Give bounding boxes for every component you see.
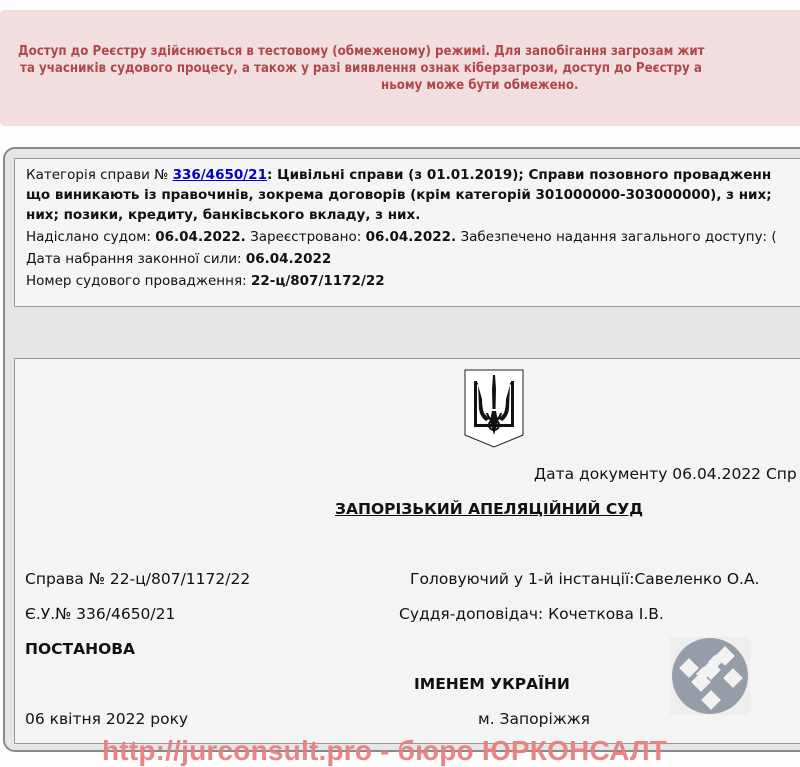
document-date-line: Дата документу 06.04.2022 Спр [534,465,797,483]
test-mode-alert: Доступ до Реєстру здійснюється в тестово… [0,10,800,126]
legal-force-row: Дата набрання законної сили: 06.04.2022 [26,249,331,269]
registered-date: 06.04.2022. [366,229,457,245]
sent-label: Надіслано судом: [26,229,151,245]
reporting-judge: Суддя-доповідач: Кочеткова І.В. [399,605,664,623]
alert-line-3: ньому може бути обмежено. [381,78,578,94]
sent-date: 06.04.2022. [155,229,246,245]
puzzle-badge-icon[interactable] [670,637,750,715]
legal-force-label: Дата набрання законної сили: [26,251,242,267]
decision-city: м. Запоріжжя [478,710,590,728]
watermark-link[interactable]: http://jurconsult.pro - бюро ЮРКОНСАЛТ [102,735,667,767]
proceeding-row: Номер судового провадження: 22-ц/807/117… [26,271,385,291]
alert-line-2: та учасників судового процесу, а також у… [20,61,702,77]
category-text: : Цивільні справи (з 01.01.2019); Справи… [267,167,771,183]
case-info-panel: Категорія справи № 336/4650/21: Цивільні… [14,158,800,307]
category-text-2: що виникають із правочинів, зокрема дого… [26,187,772,203]
case-number: Справа № 22-ц/807/1172/22 [25,570,250,588]
alert-line-1: Доступ до Реєстру здійснюється в тестово… [18,44,705,60]
category-row: Категорія справи № 336/4650/21: Цивільні… [26,165,771,185]
first-instance-judge: Головуючий у 1-й інстанції:Савеленко О.А… [410,570,759,588]
registered-label: Зареєстровано: [250,229,361,245]
legal-force-date: 06.04.2022 [246,251,331,267]
in-the-name-of-ukraine: ІМЕНЕМ УКРАЇНИ [414,675,570,693]
public-access-label: Забезпечено надання загального доступу: … [460,229,776,245]
court-name: ЗАПОРІЗЬКИЙ АПЕЛЯЦІЙНИЙ СУД [335,500,643,518]
decision-date: 06 квітня 2022 року [25,710,188,728]
resolution-title: ПОСТАНОВА [25,640,135,658]
dates-row: Надіслано судом: 06.04.2022. Зареєстрова… [26,227,777,247]
category-label: Категорія справи № [26,167,168,183]
case-number-link[interactable]: 336/4650/21 [173,167,267,183]
proceeding-label: Номер судового провадження: [26,273,247,289]
ukraine-coat-of-arms-icon [464,369,524,449]
category-text-3: них; позики, кредиту, банківського вклад… [26,207,420,223]
unified-number: Є.У.№ 336/4650/21 [25,605,175,623]
proceeding-number: 22-ц/807/1172/22 [251,273,385,289]
